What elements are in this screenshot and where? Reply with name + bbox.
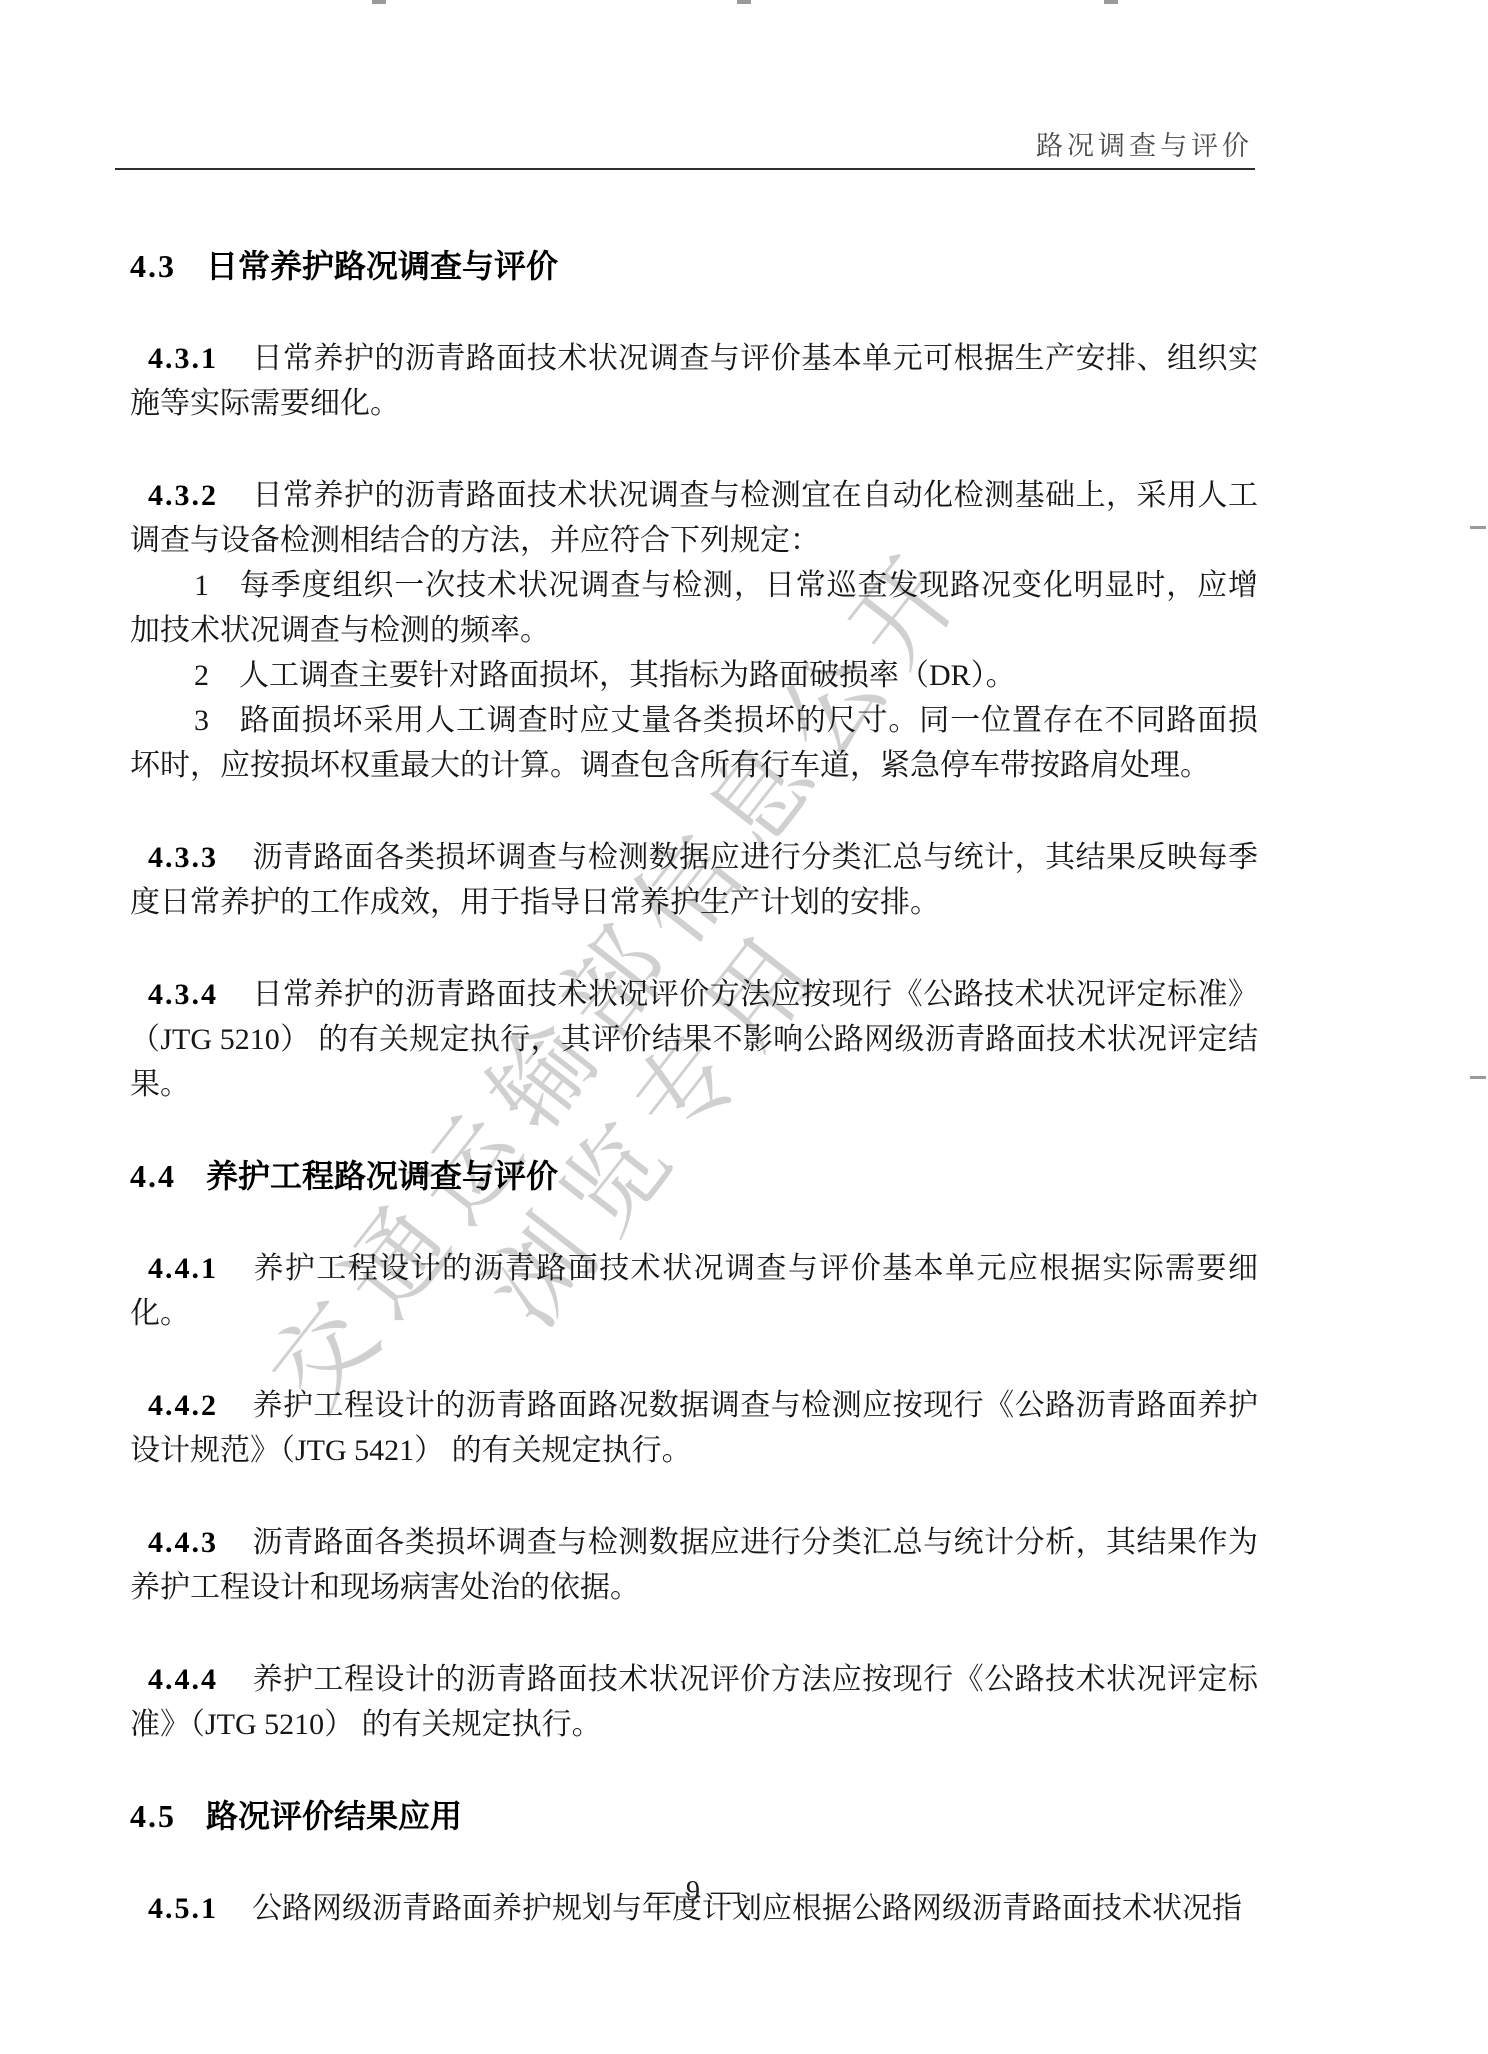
clause-paragraph: 4.3.2日常养护的沥青路面技术状况调查与检测宜在自动化检测基础上，采用人工调查… xyxy=(130,473,1258,563)
clause-number: 4.3.4 xyxy=(148,978,252,1011)
clause-paragraph: 4.4.3沥青路面各类损坏调查与检测数据应进行分类汇总与统计分析，其结果作为养护… xyxy=(130,1520,1258,1610)
clause-paragraph: 4.3.3沥青路面各类损坏调查与检测数据应进行分类汇总与统计，其结果反映每季度日… xyxy=(130,835,1258,925)
section-heading: 4.4养护工程路况调查与评价 xyxy=(130,1154,1258,1199)
crop-mark-top-left xyxy=(372,0,386,4)
section-heading: 4.5路况评价结果应用 xyxy=(130,1794,1258,1839)
running-header: 路况调查与评价 xyxy=(1036,124,1253,163)
section-number: 4.5 xyxy=(130,1798,206,1834)
clause-text: 沥青路面各类损坏调查与检测数据应进行分类汇总与统计分析，其结果作为养护工程设计和… xyxy=(130,1526,1258,1604)
section-title: 日常养护路况调查与评价 xyxy=(206,248,558,284)
clause-text: 养护工程设计的沥青路面技术状况评价方法应按现行《公路技术状况评定标准》（JTG … xyxy=(130,1663,1258,1741)
crop-mark-top-right xyxy=(1104,0,1118,4)
clause-number: 4.3.3 xyxy=(148,841,252,874)
document-page: 路况调查与评价 交通运输部信息公开 浏览专用 4.3日常养护路况调查与评价4.3… xyxy=(0,0,1488,2054)
clause-text: 养护工程设计的沥青路面技术状况调查与评价基本单元应根据实际需要细化。 xyxy=(130,1252,1258,1330)
header-rule xyxy=(115,168,1255,170)
section-title: 路况评价结果应用 xyxy=(206,1798,462,1834)
page-number: — 9 — xyxy=(130,1876,1258,1908)
item-text: 路面损坏采用人工调查时应丈量各类损坏的尺寸。同一位置存在不同路面损坏时，应按损坏… xyxy=(130,704,1258,782)
clause-text: 养护工程设计的沥青路面路况数据调查与检测应按现行《公路沥青路面养护设计规范》（J… xyxy=(130,1389,1258,1467)
clause-number: 4.3.1 xyxy=(148,342,252,375)
clause-number: 4.4.1 xyxy=(148,1252,252,1285)
crop-mark-top-center xyxy=(737,0,751,4)
item-number: 1 xyxy=(194,569,239,602)
clause-paragraph: 4.4.4养护工程设计的沥青路面技术状况评价方法应按现行《公路技术状况评定标准》… xyxy=(130,1657,1258,1747)
list-item: 2人工调查主要针对路面损坏，其指标为路面破损率（DR）。 xyxy=(130,653,1258,698)
clause-number: 4.4.2 xyxy=(148,1389,252,1422)
item-text: 每季度组织一次技术状况调查与检测，日常巡查发现路况变化明显时，应增加技术状况调查… xyxy=(130,569,1258,647)
clause-text: 日常养护的沥青路面技术状况评价方法应按现行《公路技术状况评定标准》（JTG 52… xyxy=(130,978,1258,1101)
clause-paragraph: 4.4.1养护工程设计的沥青路面技术状况调查与评价基本单元应根据实际需要细化。 xyxy=(130,1246,1258,1336)
section-number: 4.4 xyxy=(130,1158,206,1194)
crop-mark-right-lower xyxy=(1470,1076,1486,1079)
clause-text: 日常养护的沥青路面技术状况调查与检测宜在自动化检测基础上，采用人工调查与设备检测… xyxy=(130,479,1258,557)
document-body: 4.3日常养护路况调查与评价4.3.1日常养护的沥青路面技术状况调查与评价基本单… xyxy=(130,244,1258,1978)
clause-text: 日常养护的沥青路面技术状况调查与评价基本单元可根据生产安排、组织实施等实际需要细… xyxy=(130,342,1258,420)
clause-number: 4.3.2 xyxy=(148,479,252,512)
item-text: 人工调查主要针对路面损坏，其指标为路面破损率（DR）。 xyxy=(239,659,1016,692)
clause-paragraph: 4.3.1日常养护的沥青路面技术状况调查与评价基本单元可根据生产安排、组织实施等… xyxy=(130,336,1258,426)
clause-text: 沥青路面各类损坏调查与检测数据应进行分类汇总与统计，其结果反映每季度日常养护的工… xyxy=(130,841,1258,919)
clause-number: 4.4.3 xyxy=(148,1526,252,1559)
clause-paragraph: 4.4.2养护工程设计的沥青路面路况数据调查与检测应按现行《公路沥青路面养护设计… xyxy=(130,1383,1258,1473)
item-number: 2 xyxy=(194,659,239,692)
clause-paragraph: 4.3.4日常养护的沥青路面技术状况评价方法应按现行《公路技术状况评定标准》（J… xyxy=(130,972,1258,1107)
item-number: 3 xyxy=(194,704,239,737)
list-item: 1每季度组织一次技术状况调查与检测，日常巡查发现路况变化明显时，应增加技术状况调… xyxy=(130,563,1258,653)
list-item: 3路面损坏采用人工调查时应丈量各类损坏的尺寸。同一位置存在不同路面损坏时，应按损… xyxy=(130,698,1258,788)
section-heading: 4.3日常养护路况调查与评价 xyxy=(130,244,1258,289)
clause-number: 4.4.4 xyxy=(148,1663,252,1696)
section-title: 养护工程路况调查与评价 xyxy=(206,1158,558,1194)
section-number: 4.3 xyxy=(130,248,206,284)
crop-mark-right-upper xyxy=(1470,526,1486,529)
